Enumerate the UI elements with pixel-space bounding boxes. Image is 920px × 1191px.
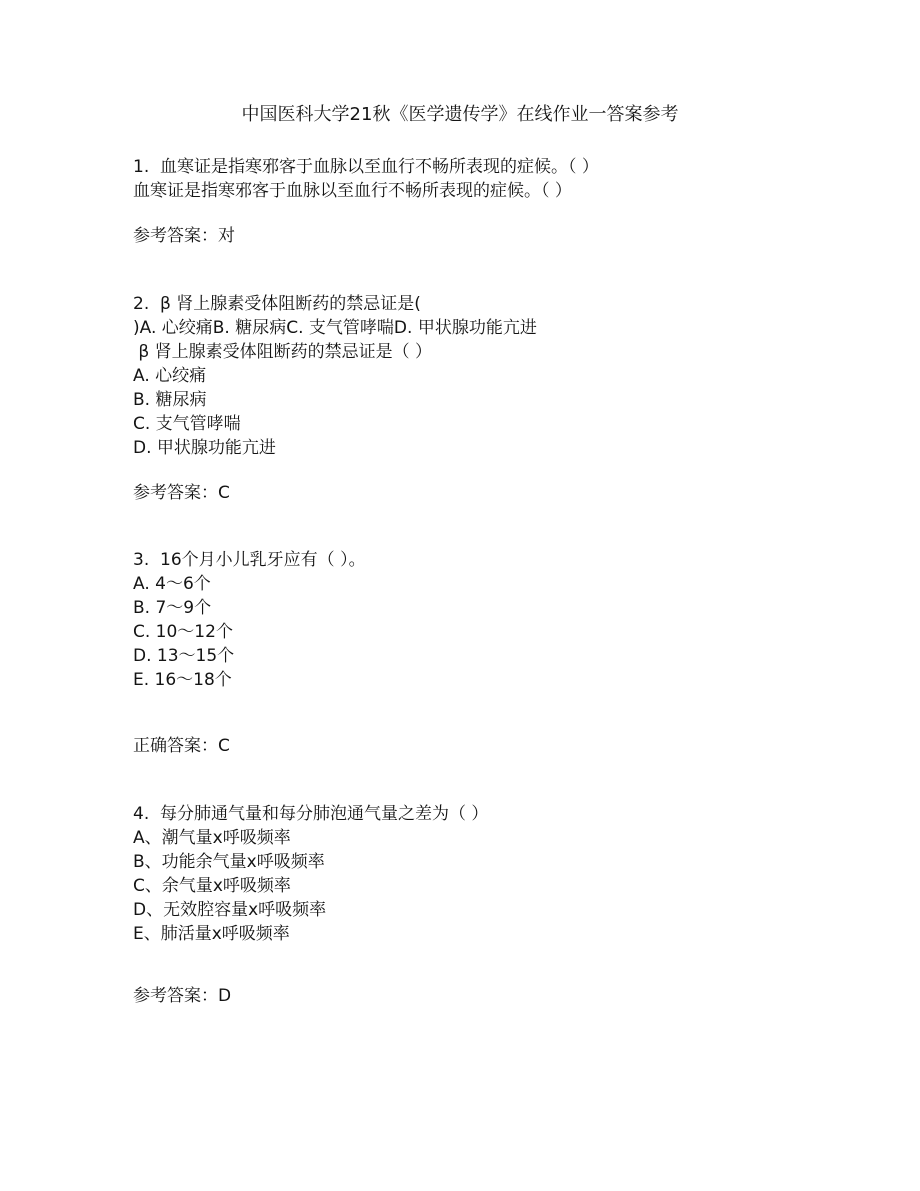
- option-line-c: C、余气量x呼吸频率: [133, 874, 488, 898]
- answer-label: 正确答案：: [133, 736, 218, 756]
- option-line-d: D、无效腔容量x呼吸频率: [133, 898, 488, 922]
- question-stem-line: 1. 血寒证是指寒邪客于血脉以至血行不畅所表现的症候。（ ）: [133, 155, 599, 179]
- question-block-2: 2. β 肾上腺素受体阻断药的禁忌证是( )A. 心绞痛B. 糖尿病C. 支气管…: [133, 292, 537, 505]
- option-line-e: E、肺活量x呼吸频率: [133, 922, 488, 946]
- answer-line: 参考答案：对: [133, 224, 599, 248]
- question-block-1: 1. 血寒证是指寒邪客于血脉以至血行不畅所表现的症候。（ ） 血寒证是指寒邪客于…: [133, 155, 599, 248]
- option-line-b: B、功能余气量x呼吸频率: [133, 850, 488, 874]
- option-line-d: D. 甲状腺功能亢进: [133, 436, 537, 460]
- option-line-c: C. 支气管哮喘: [133, 412, 537, 436]
- question-stem-line: β 肾上腺素受体阻断药的禁忌证是（ ）: [133, 340, 537, 364]
- option-line-b: B. 7～9个: [133, 596, 366, 620]
- answer-value: D: [218, 986, 231, 1006]
- question-stem-line: 4. 每分肺通气量和每分肺泡通气量之差为（ ）: [133, 802, 488, 826]
- option-line-a: A、潮气量x呼吸频率: [133, 826, 488, 850]
- option-line-c: C. 10～12个: [133, 620, 366, 644]
- answer-label: 参考答案：: [133, 483, 218, 503]
- question-stem-line: 3. 16个月小儿乳牙应有（ ）。: [133, 548, 366, 572]
- answer-line: 参考答案：C: [133, 481, 537, 505]
- question-block-4: 4. 每分肺通气量和每分肺泡通气量之差为（ ） A、潮气量x呼吸频率 B、功能余…: [133, 802, 488, 1008]
- question-stem-line: )A. 心绞痛B. 糖尿病C. 支气管哮喘D. 甲状腺功能亢进: [133, 316, 537, 340]
- option-line-d: D. 13～15个: [133, 644, 366, 668]
- option-line-e: E. 16～18个: [133, 668, 366, 692]
- document-page: 中国医科大学21秋《医学遗传学》在线作业一答案参考 1. 血寒证是指寒邪客于血脉…: [0, 0, 920, 1191]
- option-line-a: A. 心绞痛: [133, 364, 537, 388]
- option-line-a: A. 4～6个: [133, 572, 366, 596]
- question-stem-line: 2. β 肾上腺素受体阻断药的禁忌证是(: [133, 292, 537, 316]
- question-block-3: 3. 16个月小儿乳牙应有（ ）。 A. 4～6个 B. 7～9个 C. 10～…: [133, 548, 366, 758]
- answer-value: C: [218, 483, 230, 503]
- document-title: 中国医科大学21秋《医学遗传学》在线作业一答案参考: [0, 102, 920, 128]
- answer-label: 参考答案：: [133, 986, 218, 1006]
- question-stem-line: 血寒证是指寒邪客于血脉以至血行不畅所表现的症候。（ ）: [133, 179, 599, 203]
- option-line-b: B. 糖尿病: [133, 388, 537, 412]
- answer-value: C: [218, 736, 230, 756]
- answer-line: 参考答案：D: [133, 984, 488, 1008]
- answer-value: 对: [218, 226, 235, 246]
- answer-line: 正确答案：C: [133, 734, 366, 758]
- answer-label: 参考答案：: [133, 226, 218, 246]
